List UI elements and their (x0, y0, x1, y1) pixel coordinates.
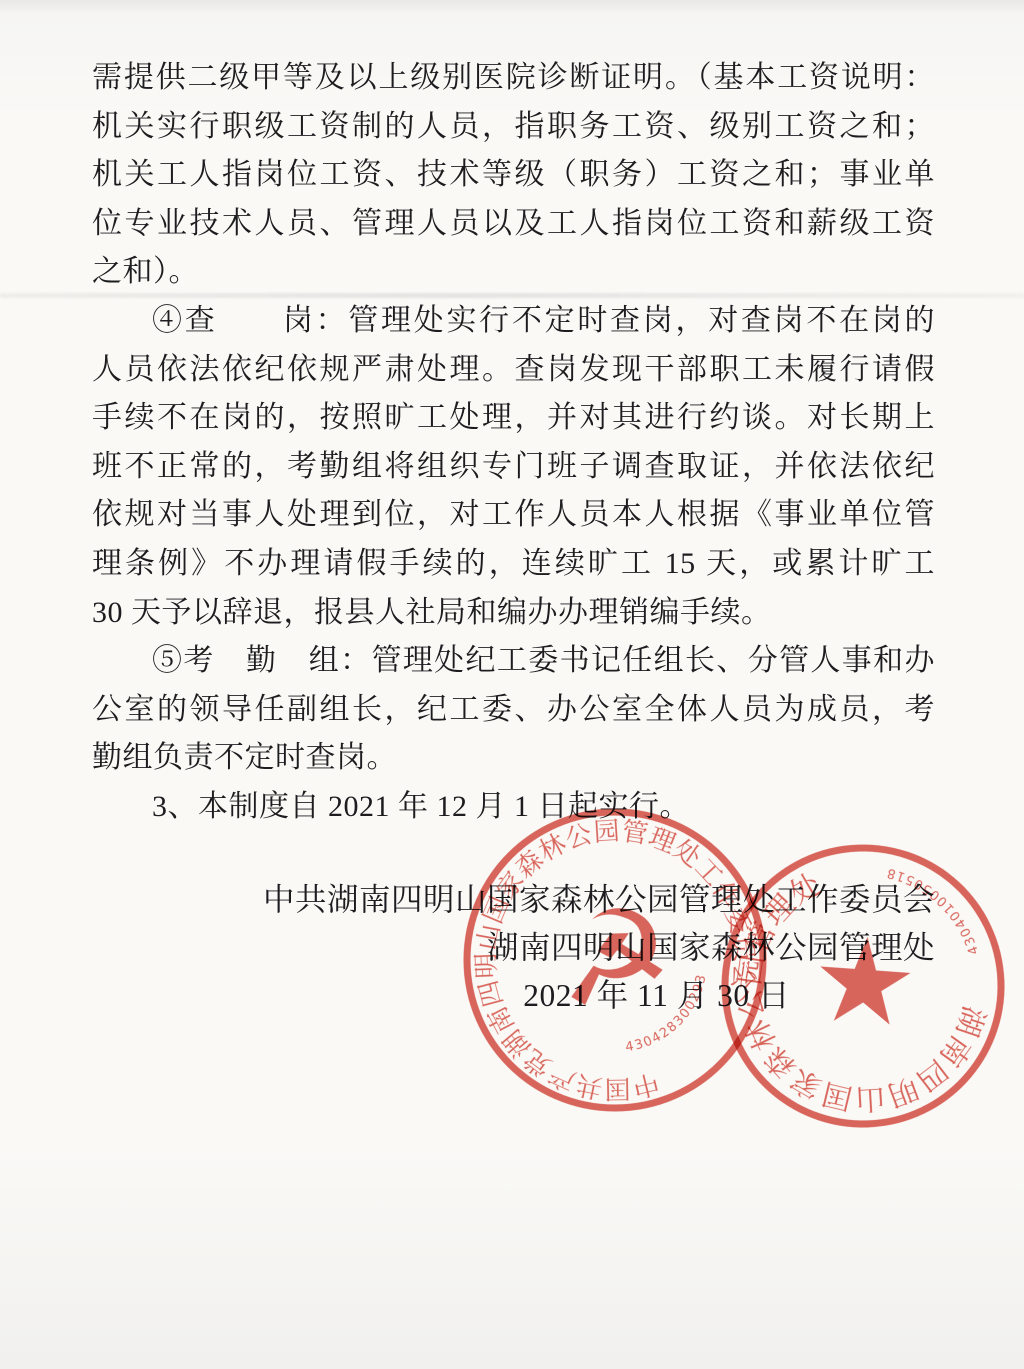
body-text-line: ④查 岗：管理处实行不定时查岗，对查岗不在岗的 (92, 297, 935, 346)
star-icon: ★ (777, 900, 947, 1074)
body-text-line: 勤组负责不定时查岗。 (92, 734, 935, 783)
body-text-line: ⑤考 勤 组：管理处纪工委书记任组长、分管人事和办 (92, 637, 935, 686)
body-text-line: 人员依法依纪依规严肃处理。查岗发现干部职工未履行请假 (92, 346, 935, 395)
body-text-line: 公室的领导任副组长，纪工委、办公室全体人员为成员，考 (92, 686, 935, 735)
hammer-sickle-icon: ☭ (551, 879, 678, 1037)
body-text-line: 班不正常的，考勤组将组织专门班子调查取证，并依法依纪 (92, 443, 935, 492)
body-text-line: 机关实行职级工资制的人员，指职务工资、级别工资之和； (92, 103, 935, 152)
body-text-line: 之和）。 (92, 248, 935, 297)
body-text-line: 理条例》不办理请假手续的，连续旷工 15 天，或累计旷工 (92, 540, 935, 589)
scanned-document-page: 需提供二级甲等及以上级别医院诊断证明。（基本工资说明： 机关实行职级工资制的人员… (0, 0, 1024, 1369)
body-text-line: 机关工人指岗位工资、技术等级（职务）工资之和；事业单 (92, 151, 935, 200)
body-text-line: 需提供二级甲等及以上级别医院诊断证明。（基本工资说明： (92, 54, 935, 103)
body-text-line: 手续不在岗的，按照旷工处理，并对其进行约谈。对长期上 (92, 394, 935, 443)
body-text-line: 30 天予以辞退，报县人社局和编办办理销编手续。 (92, 589, 935, 638)
body-text-line: 位专业技术人员、管理人员以及工人指岗位工资和薪级工资 (92, 200, 935, 249)
body-text-line: 依规对当事人处理到位，对工作人员本人根据《事业单位管 (92, 491, 935, 540)
